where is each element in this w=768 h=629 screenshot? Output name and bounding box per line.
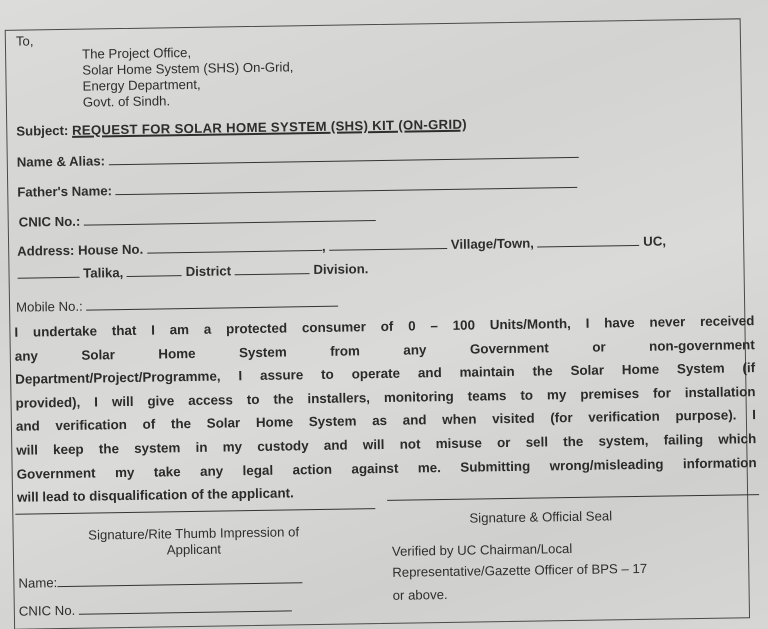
name-alias-label: Name & Alias:: [17, 153, 105, 169]
uc-label: UC,: [643, 234, 666, 249]
talika-input[interactable]: [17, 265, 79, 279]
verified-line-3: or above.: [393, 587, 448, 603]
address-line-4: Govt. of Sindh.: [83, 93, 170, 109]
cnic-label: CNIC No.:: [19, 214, 81, 230]
district-input[interactable]: [127, 263, 182, 277]
applicant-cnic-input[interactable]: [79, 598, 292, 614]
village-town-label: Village/Town,: [451, 236, 534, 252]
mobile-label: Mobile No.:: [16, 299, 83, 315]
applicant-cnic-label: CNIC No.: [19, 603, 76, 619]
division-label: Division.: [313, 261, 368, 277]
house-no-input[interactable]: [147, 238, 322, 254]
street-input[interactable]: [329, 236, 447, 251]
subject-label: Subject:: [16, 123, 68, 139]
mobile-input[interactable]: [86, 294, 338, 311]
to-label: To,: [16, 33, 34, 48]
address-line-3: Energy Department,: [82, 77, 200, 94]
undertaking-paragraph: I undertake that I am a protected consum…: [14, 309, 757, 509]
district-label: District: [186, 263, 232, 279]
verified-line-1: Verified by UC Chairman/Local: [392, 541, 573, 559]
official-signature-label: Signature & Official Seal: [469, 508, 612, 525]
address-house-label: Address: House No.: [17, 242, 143, 259]
talika-label: Talika,: [83, 265, 123, 281]
fathers-name-label: Father's Name:: [17, 183, 112, 199]
applicant-name-input[interactable]: [57, 570, 302, 587]
address-line-1: The Project Office,: [82, 45, 191, 62]
uc-input[interactable]: [537, 233, 639, 248]
division-input[interactable]: [235, 261, 310, 275]
form-page: To, The Project Office, Solar Home Syste…: [0, 0, 768, 629]
applicant-name-label: Name:: [18, 575, 57, 591]
